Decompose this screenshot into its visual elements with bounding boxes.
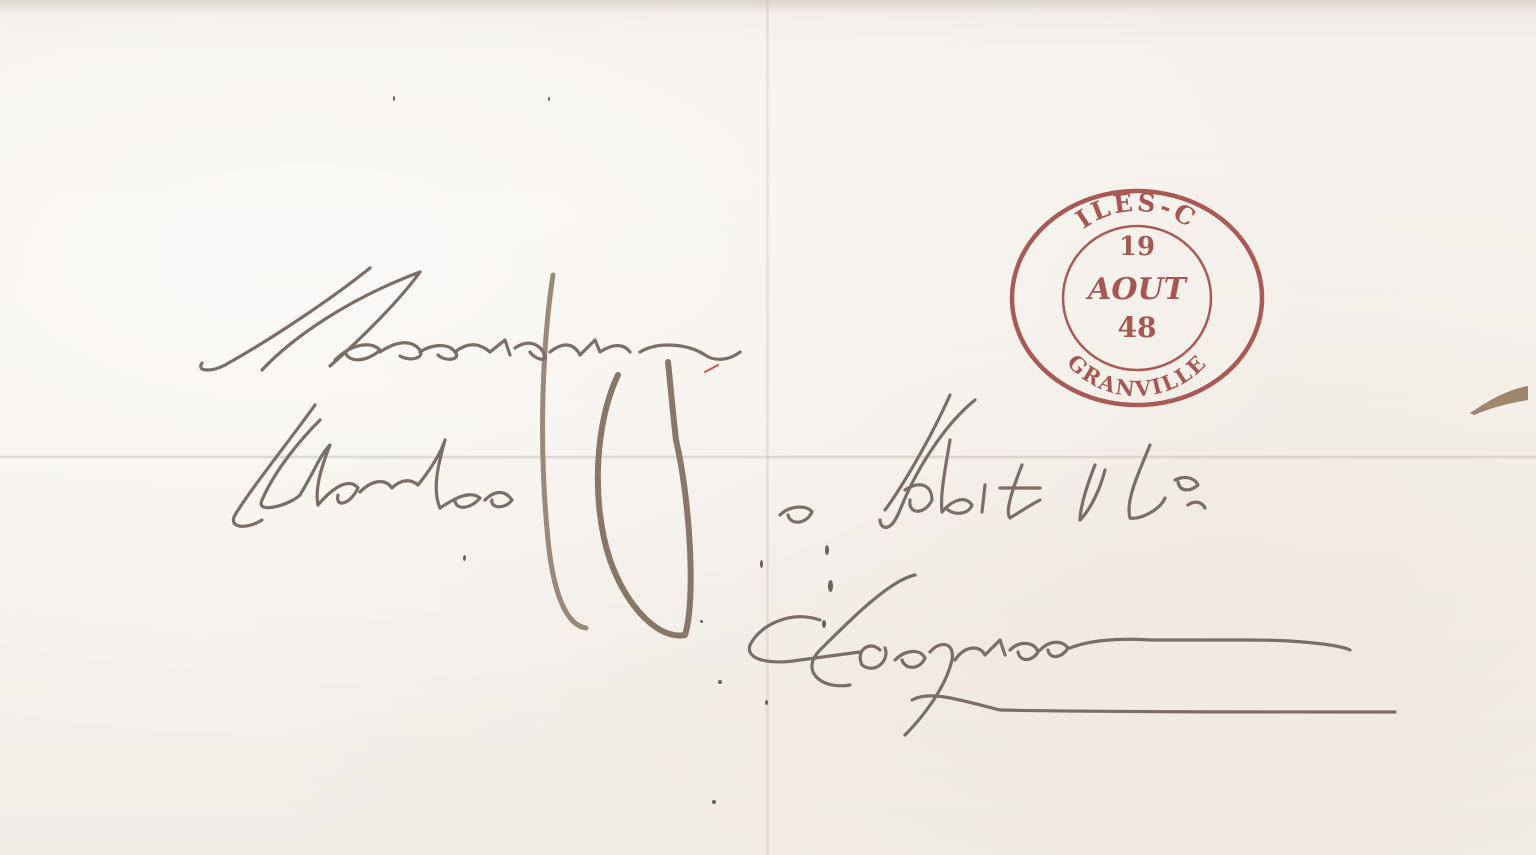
address-line2-suffix-strokes xyxy=(1080,445,1205,520)
ink-speck xyxy=(393,96,395,101)
postal-cover: ILES-C GRANVILLE 19 AOUT 48 xyxy=(0,0,1536,855)
address-line1-strokes xyxy=(201,268,740,370)
address-line2-surname-strokes xyxy=(780,395,1040,527)
ink-speck xyxy=(825,545,829,555)
ink-speck xyxy=(760,560,763,568)
ink-speck xyxy=(718,680,722,684)
ink-speck xyxy=(548,97,550,101)
ink-speck xyxy=(828,580,833,592)
ink-speck xyxy=(712,800,716,804)
address-line3-strokes xyxy=(749,575,1395,735)
ink-speck xyxy=(822,620,826,628)
ink-speck xyxy=(463,555,466,561)
ink-speck xyxy=(700,620,703,623)
ink-blot xyxy=(1460,378,1530,418)
address-line2-name-strokes xyxy=(233,405,512,526)
tax-mark-10-strokes xyxy=(543,275,586,628)
manuscript-ink xyxy=(0,0,1536,855)
ink-speck xyxy=(765,700,768,705)
